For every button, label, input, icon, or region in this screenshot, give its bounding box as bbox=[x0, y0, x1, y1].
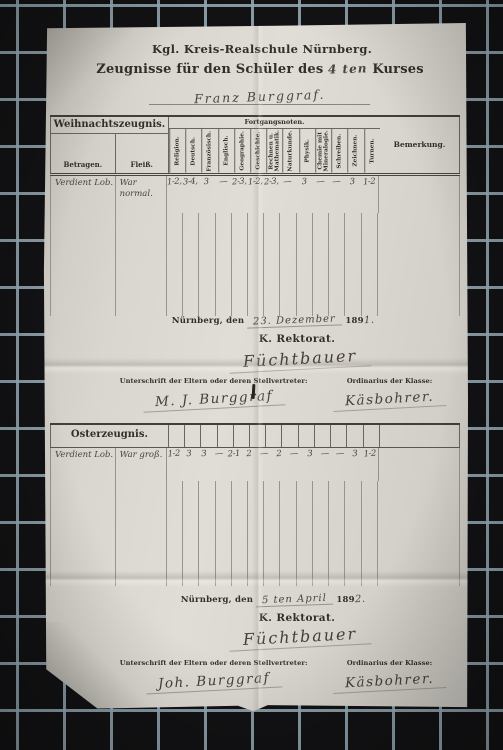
christmas-subject-grades: 1-2,3-4,3—2-3,1-2,2-3,—3——31-2 bbox=[167, 176, 378, 213]
ruled-cell bbox=[345, 213, 361, 316]
ordinarius-signature-handwritten: Käsbohrer. bbox=[333, 388, 447, 412]
place-date-printed: Nürnberg, den bbox=[181, 595, 253, 605]
easter-header-empty-cells bbox=[169, 425, 380, 447]
column-group-progress-label: Fortgangsnoten. bbox=[169, 117, 380, 129]
christmas-diligence-handwritten: War normal. bbox=[116, 176, 167, 213]
ruled-cell bbox=[313, 481, 329, 586]
subject-header-rotated: Deutsch. bbox=[185, 129, 201, 173]
ordinarius-signature-block: Ordinarius der Klasse: Käsbohrer. bbox=[319, 659, 460, 691]
ruled-cell bbox=[218, 425, 234, 447]
ruled-cell bbox=[313, 213, 329, 316]
christmas-conduct-handwritten: Verdient Lob. bbox=[50, 176, 116, 213]
year-printed: 189 bbox=[345, 316, 363, 326]
ruled-cell bbox=[280, 213, 296, 316]
bottom-left-corner-shadow bbox=[42, 622, 162, 712]
ruled-cell bbox=[345, 481, 361, 586]
ordinarius-signature-label: Ordinarius der Klasse: bbox=[319, 377, 460, 385]
subject-header-rotated: Französisch. bbox=[201, 129, 217, 173]
subject-header-rotated: Chemie mit Mineralogie. bbox=[315, 129, 331, 173]
parents-signature-handwritten: M. J. Burggraf bbox=[142, 387, 285, 412]
subject-header-rotated: Religion. bbox=[169, 129, 185, 173]
ruled-cell bbox=[315, 425, 331, 447]
easter-subject-grades: 1-233—2-12—2—3——31-2 bbox=[167, 448, 378, 481]
parents-signature-label: Unterschrift der Eltern oder deren Stell… bbox=[108, 377, 319, 385]
progress-grades-header-block: Fortgangsnoten. Religion.Deutsch.Französ… bbox=[169, 117, 380, 173]
subject-header-rotated: Englisch. bbox=[218, 129, 234, 173]
ruled-cell bbox=[364, 425, 380, 447]
ruled-cell bbox=[50, 481, 116, 586]
ruled-cell bbox=[234, 425, 250, 447]
grade-mark-handwritten: 1-2 bbox=[362, 449, 379, 482]
ruled-cell bbox=[50, 213, 116, 316]
ruled-cell bbox=[183, 213, 199, 316]
place-date-printed: Nürnberg, den bbox=[172, 316, 244, 326]
rector-signature-handwritten: Füchtbauer bbox=[228, 345, 371, 373]
ruled-cell bbox=[282, 425, 298, 447]
grade-mark-handwritten: — bbox=[286, 449, 303, 482]
ruled-cell bbox=[347, 425, 363, 447]
christmas-place-date-line: Nürnberg, den 23. Dezember 1891. bbox=[60, 315, 486, 327]
grade-mark-handwritten: 1-2 bbox=[360, 176, 379, 213]
ruled-cell bbox=[183, 481, 199, 586]
subject-header-rotated: Rechnen u. Mathematik. bbox=[266, 129, 282, 173]
ordinarius-signature-label: Ordinarius der Klasse: bbox=[319, 659, 460, 667]
easter-remark-cell bbox=[378, 448, 460, 481]
easter-date-handwritten: 5 ten April bbox=[256, 593, 333, 608]
ruled-cell bbox=[199, 213, 215, 316]
ordinarius-signature-handwritten: Käsbohrer. bbox=[333, 670, 447, 694]
ruled-cell bbox=[116, 213, 167, 316]
easter-header-remark-cell bbox=[380, 425, 460, 447]
ruled-cell bbox=[299, 425, 315, 447]
ruled-cell bbox=[167, 481, 183, 586]
ruled-cell bbox=[329, 213, 345, 316]
ordinarius-signature-block: Ordinarius der Klasse: Käsbohrer. bbox=[319, 377, 460, 409]
ruled-cell bbox=[297, 481, 313, 586]
subject-header-rotated: Turnen. bbox=[364, 129, 380, 173]
easter-conduct-handwritten: Verdient Lob. bbox=[50, 448, 116, 481]
subject-header-rotated: Schreiben. bbox=[331, 129, 347, 173]
ruled-cell bbox=[201, 425, 217, 447]
subject-header-rotated: Naturkunde. bbox=[282, 129, 298, 173]
ruled-cell bbox=[167, 213, 183, 316]
ruled-cell bbox=[266, 425, 282, 447]
easter-place-date-line: Nürnberg, den 5 ten April 1892. bbox=[60, 594, 486, 606]
ruled-cell bbox=[116, 481, 167, 586]
ruled-cell bbox=[216, 213, 232, 316]
report-card-sheet: Kgl. Kreis-Realschule Nürnberg. Zeugniss… bbox=[42, 22, 468, 712]
ruled-cell bbox=[169, 425, 185, 447]
ruled-cell bbox=[362, 481, 378, 586]
easter-table-title: Osterzeugnis. bbox=[50, 425, 169, 447]
subject-header-rotated: Zeichnen. bbox=[347, 129, 363, 173]
ruled-cell bbox=[232, 213, 248, 316]
course-number-handwritten: 4 ten bbox=[328, 61, 368, 76]
parents-signature-block: Unterschrift der Eltern oder deren Stell… bbox=[108, 377, 319, 409]
ruled-cell bbox=[329, 481, 345, 586]
ruled-cell bbox=[297, 213, 313, 316]
ruled-cell bbox=[199, 481, 215, 586]
subject-header-rotated: Geographie. bbox=[234, 129, 250, 173]
ruled-cell bbox=[280, 481, 296, 586]
column-header-remark: Bemerkung. bbox=[380, 117, 460, 173]
easter-diligence-handwritten: War groß. bbox=[116, 448, 167, 481]
fold-crease-vertical-center bbox=[252, 22, 264, 712]
subtitle-suffix: Kurses bbox=[372, 62, 423, 77]
ruled-cell bbox=[378, 213, 460, 316]
ruled-subject-cells bbox=[167, 481, 378, 586]
ruled-cell bbox=[264, 213, 280, 316]
ruled-cell bbox=[331, 425, 347, 447]
easter-year-handwritten: 2. bbox=[354, 594, 365, 606]
grade-mark-handwritten: 3 bbox=[198, 176, 217, 213]
christmas-remark-cell bbox=[378, 176, 460, 213]
ruled-cell bbox=[216, 481, 232, 586]
subject-header-rotated: Physik. bbox=[299, 129, 315, 173]
top-left-corner-shadow bbox=[42, 22, 132, 142]
rector-signature-handwritten: Füchtbauer bbox=[228, 623, 371, 651]
subject-column-headers: Religion.Deutsch.Französisch.Englisch.Ge… bbox=[169, 129, 380, 173]
christmas-year-handwritten: 1. bbox=[363, 315, 374, 327]
year-printed: 189 bbox=[336, 595, 354, 605]
ruled-cell bbox=[232, 481, 248, 586]
ruled-cell bbox=[185, 425, 201, 447]
grade-mark-handwritten: 3 bbox=[301, 449, 318, 482]
ruled-subject-cells bbox=[167, 213, 378, 316]
ruled-cell bbox=[378, 481, 460, 586]
ruled-cell bbox=[264, 481, 280, 586]
ruled-cell bbox=[362, 213, 378, 316]
